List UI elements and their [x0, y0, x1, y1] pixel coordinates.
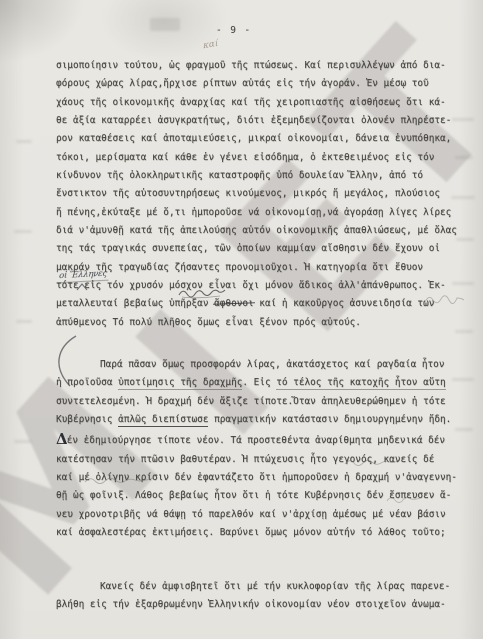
typed-line: μακράν τῆς τραγωδίας ζήσαντες προνομιοῦχ… [56, 259, 458, 277]
typed-segment: ἤ πένης,ἐκύταξε μέ ὅ,τι ἠμποροῦσε νά οἰκ… [56, 207, 451, 218]
typed-paragraph-2: Παρά πᾶσαν ὅμως προσφοράν λίρας, ἀκατάσχ… [56, 356, 460, 542]
typed-line: ἤ πένης,ἐκύταξε μέ ὅ,τι ἠμποροῦσε νά οἰκ… [56, 204, 458, 222]
typed-line: χάους τῆς οἰκονομικῆς ἀναρχίας καί τῆς χ… [56, 94, 458, 112]
insertion-caret-mark [76, 283, 88, 291]
typed-line: τόκοι, μερίσματα καί κάθε ἐν γένει εἰσόδ… [56, 149, 458, 167]
bleed-mark [14, 440, 32, 443]
typed-segment: ἀπύθμενος Τό πολύ πλῆθος ὅμως εἶναι ξένο… [56, 317, 361, 328]
typed-segment: καί ἡ κακοῦργος ἀσυνειδησία των [254, 298, 435, 309]
scanned-document-page: ΜΙΕΤ - 9 - καί σιμοποίησιν τούτου, ὡς φρ… [0, 0, 483, 639]
typed-segment-u2: τό τέλος τῆς κατοχῆς ἦτον αὕτη [276, 377, 445, 390]
typed-segment: . Εἰς [242, 377, 276, 388]
typed-line: διά ν'ἀμυνθῇ κατά τῆς ἀπειλούσης αὐτόν ο… [56, 222, 458, 240]
typed-line: βλήθη εἰς τήν ἐξαρθρωμένην Ἑλληνικήν οἰκ… [56, 596, 460, 614]
typed-segment: σιμοποίησιν τούτου, ὡς φραγμοῦ τῆς πτώσε… [56, 60, 446, 71]
typed-line: θε ἀξία καταρρέει ἀσυγκρατήτως, διότι ἐξ… [56, 112, 458, 130]
typed-segment: συντετελεσμένη. Ἡ δραχμή δέν ἄξιζε τίποτ… [56, 396, 446, 407]
typed-segment: κίνδυνον τῆς ὁλοκληρωτικῆς καταστροφῆς ὑ… [56, 170, 423, 181]
typed-segment: πραγματικήν κατάστασιν δημιουργημένην ἤδ… [208, 414, 451, 425]
typed-line: ἡ προϊοῦσα ὑποτίμησις τῆς δραχμῆς. Εἰς τ… [56, 374, 460, 392]
typed-line: σιμοποίησιν τούτου, ὡς φραγμοῦ τῆς πτώσε… [56, 57, 458, 75]
typed-segment-cap: Δ [56, 430, 68, 448]
typed-line: Κανείς δέν ἀμφισβητεῖ ὅτι μέ τήν κυκλοφο… [56, 578, 460, 596]
typed-segment: της τάς τραγικάς συνεπείας, τῶν ὁποίων κ… [56, 243, 440, 254]
bleed-mark [456, 238, 474, 241]
typed-line: τότε εἰς τόν χρυσόν μόσχον εἶναι ὄχι μόν… [56, 277, 458, 295]
typed-line: Δέν ἐδημιούργησε τίποτε νέον. Τά προστεθ… [56, 429, 460, 450]
typed-paragraph-1: σιμοποίησιν τούτου, ὡς φραγμοῦ τῆς πτώσε… [56, 57, 458, 332]
typed-segment: ρον καταθέσεις καί ἀποταμιεύσεις, μικραί… [56, 133, 451, 144]
typed-segment-strike: ἄφθονοι [214, 298, 254, 309]
typed-line: της τάς τραγικάς συνεπείας, τῶν ὁποίων κ… [56, 240, 458, 258]
typed-segment: μακράν τῆς τραγωδίας ζήσαντες προνομιοῦχ… [56, 262, 423, 273]
typed-line: νευ χρονοτριβῆς νά θάψῃ τό παρελθόν καί … [56, 506, 460, 524]
typed-line: κίνδυνον τῆς ὁλοκληρωτικῆς καταστροφῆς ὑ… [56, 167, 458, 185]
typed-line: καί ἀσφαλεστέρας ἐκτιμήσεις. Βαρύνει ὅμω… [56, 524, 460, 542]
typed-line: ρον καταθέσεις καί ἀποταμιεύσεις, μικραί… [56, 130, 458, 148]
bleed-mark [16, 140, 32, 143]
typed-line: ἀπύθμενος Τό πολύ πλῆθος ὅμως εἶναι ξένο… [56, 314, 458, 332]
scan-smudge [150, 18, 180, 31]
typed-segment: βλήθη εἰς τήν ἐξαρθρωμένην Ἑλληνικήν οἰκ… [56, 599, 446, 610]
margin-scribble-faint [424, 292, 466, 308]
typed-segment: τόκοι, μερίσματα καί κάθε ἐν γένει εἰσόδ… [56, 152, 434, 163]
typed-segment: νευ χρονοτριβῆς νά θάψῃ τό παρελθόν καί … [56, 509, 446, 520]
margin-curve-mark [50, 334, 80, 390]
typed-line: Παρά πᾶσαν ὅμως προσφοράν λίρας, ἀκατάσχ… [56, 356, 460, 374]
typed-segment: μεταλλευταί βεβαίως ὑπῆρξαν [56, 298, 214, 309]
typed-segment-u: ἁπλῶς διεπίστωσε [118, 414, 208, 427]
typed-line: μεταλλευταί βεβαίως ὑπῆρξαν ἄφθονοι καί … [56, 295, 458, 313]
typed-segment: διά ν'ἀμυνθῇ κατά τῆς ἀπειλούσης αὐτόν ο… [56, 225, 457, 236]
typed-segment: έν ἐδημιούργησε τίποτε νέον. Τά προστεθέ… [67, 435, 445, 446]
typed-segment: χάους τῆς οἰκονομικῆς ἀναρχίας καί τῆς χ… [56, 97, 446, 108]
typed-paragraph-3: Κανείς δέν ἀμφισβητεῖ ὅτι μέ τήν κυκλοφο… [56, 578, 460, 615]
typed-line: συντετελεσμένη. Ἡ δραχμή δέν ἄξιζε τίποτ… [56, 393, 460, 411]
pencil-scribble-above-line [344, 458, 402, 468]
bleed-mark [14, 230, 32, 233]
typed-line: φόρους χώρας λίρας,ἤρχισε ρίπτων αὐτάς ε… [56, 75, 458, 93]
typed-segment: θε ἀξία καταρρέει ἀσυγκρατήτως, διότι ἐξ… [56, 115, 451, 126]
typed-segment: Παρά πᾶσαν ὅμως προσφοράν λίρας, ἀκατάσχ… [100, 359, 444, 370]
typed-segment: φόρους χώρας λίρας,ἤρχισε ρίπτων αὐτάς ε… [56, 78, 429, 89]
typed-line: Κυβέρνησις ἁπλῶς διεπίστωσε πραγματικήν … [56, 411, 460, 429]
handwritten-replacement-scribble [178, 287, 226, 299]
pencil-scribble-interlinear [84, 476, 154, 486]
typed-segment: Κυβέρνησις [56, 414, 118, 425]
handwritten-note-top: καί [203, 39, 219, 51]
typed-segment: ἔνστικτον τῆς αὐτοσυντηρήσεως κινούμενος… [56, 188, 440, 199]
page-number: - 9 - [216, 25, 252, 37]
typed-segment: τότε εἰς τόν χρυσόν μόσχον εἶναι ὄχι μόν… [56, 280, 446, 291]
typed-segment-u2: ὑποτίμησις τῆς δραχμῆς [118, 377, 242, 390]
bleed-mark [16, 320, 32, 323]
typed-segment: Κανείς δέν ἀμφισβητεῖ ὅτι μέ τήν κυκλοφο… [100, 581, 450, 592]
typed-line: ἔνστικτον τῆς αὐτοσυντηρήσεως κινούμενος… [56, 185, 458, 203]
pencil-scribble-small [386, 495, 422, 504]
typed-segment: καί ἀσφαλεστέρας ἐκτιμήσεις. Βαρύνει ὅμω… [56, 527, 446, 538]
